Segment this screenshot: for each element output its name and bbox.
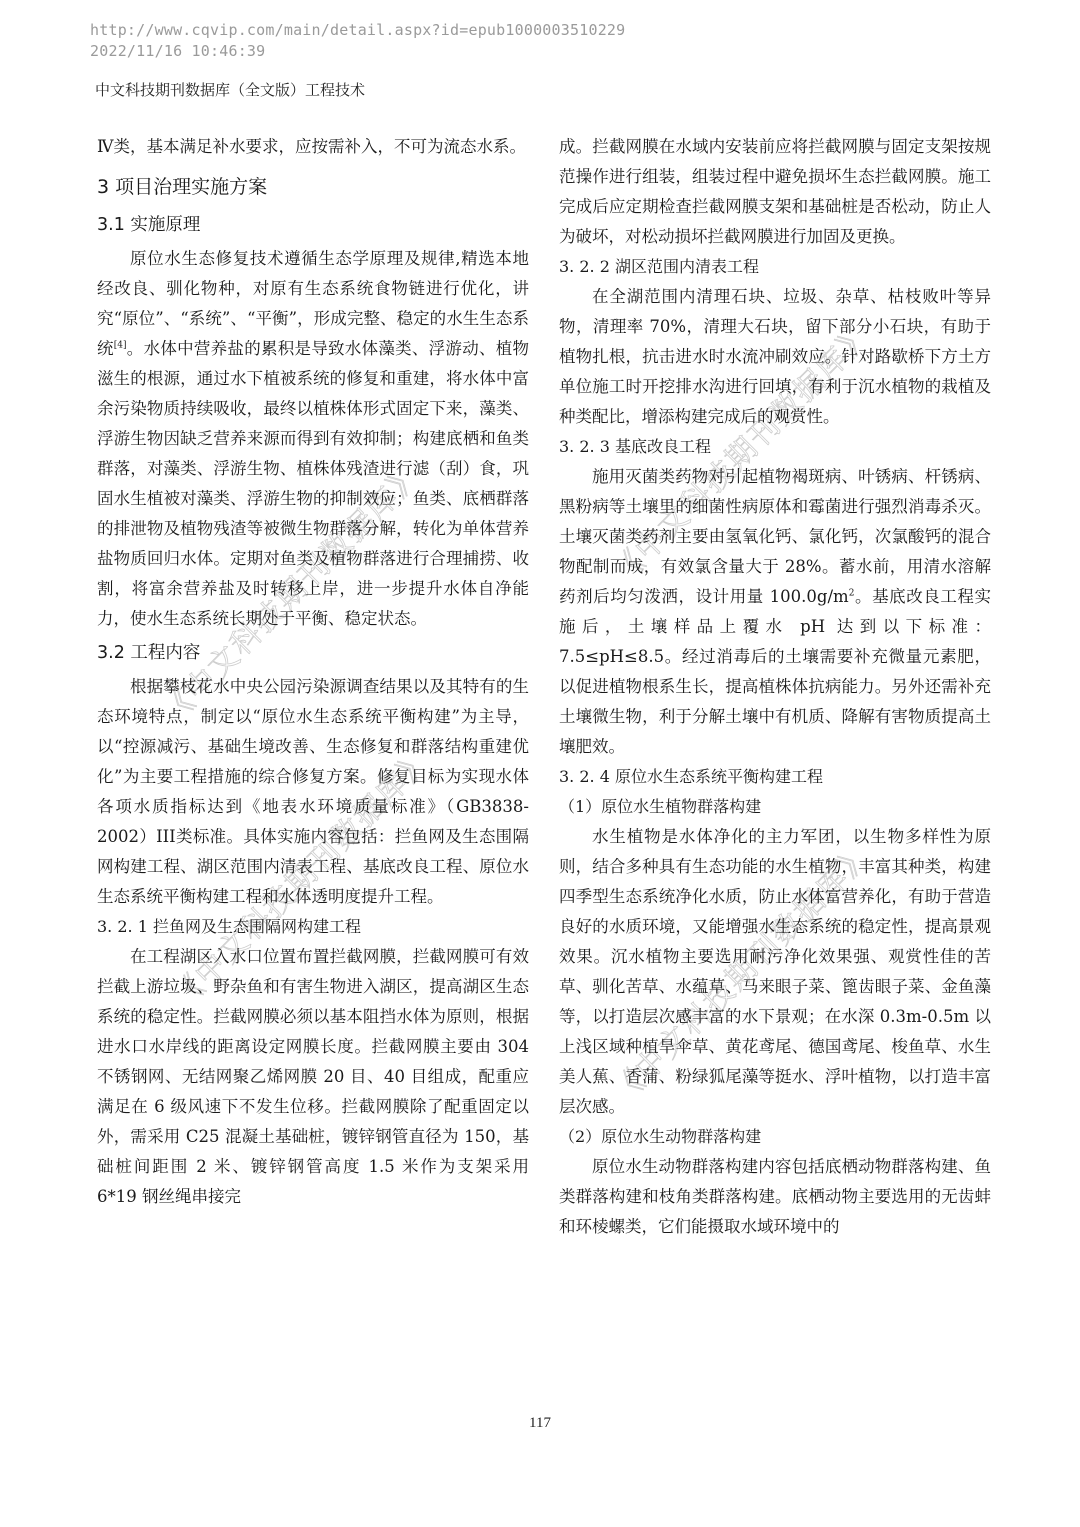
subsection-heading-1: （1）原位水生植物群落构建 <box>559 792 991 822</box>
citation-ref: [4] <box>114 341 127 351</box>
section-heading-3-2-2: 3. 2. 2 湖区范围内清表工程 <box>559 252 991 282</box>
paragraph: 成。拦截网膜在水域内安装前应将拦截网膜与固定支架按规范操作进行组装，组装过程中避… <box>559 132 991 252</box>
section-heading-3-2: 3.2 工程内容 <box>97 636 529 670</box>
left-column: Ⅳ类，基本满足补水要求，应按需补入，不可为流态水系。 3 项目治理实施方案 3.… <box>97 132 529 1212</box>
right-column: 成。拦截网膜在水域内安装前应将拦截网膜与固定支架按规范操作进行组装，组装过程中避… <box>559 132 991 1242</box>
paragraph: 原位水生动物群落构建内容包括底栖动物群落构建、鱼类群落构建和枝角类群落构建。底栖… <box>559 1152 991 1242</box>
journal-name: 中文科技期刊数据库（全文版）工程技术 <box>95 79 365 100</box>
subsection-heading-2: （2）原位水生动物群落构建 <box>559 1122 991 1152</box>
paragraph: 水生植物是水体净化的主力军团，以生物多样性为原则，结合多种具有生态功能的水生植物… <box>559 822 991 1122</box>
paragraph: 施用灭菌类药物对引起植物褐斑病、叶锈病、杆锈病、黑粉病等土壤里的细菌性病原体和霉… <box>559 462 991 762</box>
page-number: 117 <box>0 1415 1080 1432</box>
section-heading-3-1: 3.1 实施原理 <box>97 208 529 242</box>
paragraph: 原位水生态修复技术遵循生态学原理及规律,精选本地经改良、驯化物种，对原有生态系统… <box>97 244 529 634</box>
section-heading-3: 3 项目治理实施方案 <box>97 170 529 204</box>
paragraph: 在全湖范围内清理石块、垃圾、杂草、枯枝败叶等异物，清理率 70%，清理大石块，留… <box>559 282 991 432</box>
section-heading-3-2-1: 3. 2. 1 拦鱼网及生态围隔网构建工程 <box>97 912 529 942</box>
paragraph: Ⅳ类，基本满足补水要求，应按需补入，不可为流态水系。 <box>97 132 529 162</box>
source-header: http://www.cqvip.com/main/detail.aspx?id… <box>90 20 625 62</box>
access-timestamp: 2022/11/16 10:46:39 <box>90 41 625 62</box>
section-heading-3-2-4: 3. 2. 4 原位水生态系统平衡构建工程 <box>559 762 991 792</box>
paragraph: 根据攀枝花水中央公园污染源调查结果以及其特有的生态环境特点，制定以“原位水生态系… <box>97 672 529 912</box>
source-url: http://www.cqvip.com/main/detail.aspx?id… <box>90 20 625 41</box>
section-heading-3-2-3: 3. 2. 3 基底改良工程 <box>559 432 991 462</box>
paragraph: 在工程湖区入水口位置布置拦截网膜，拦截网膜可有效拦截上游垃圾、野杂鱼和有害生物进… <box>97 942 529 1212</box>
